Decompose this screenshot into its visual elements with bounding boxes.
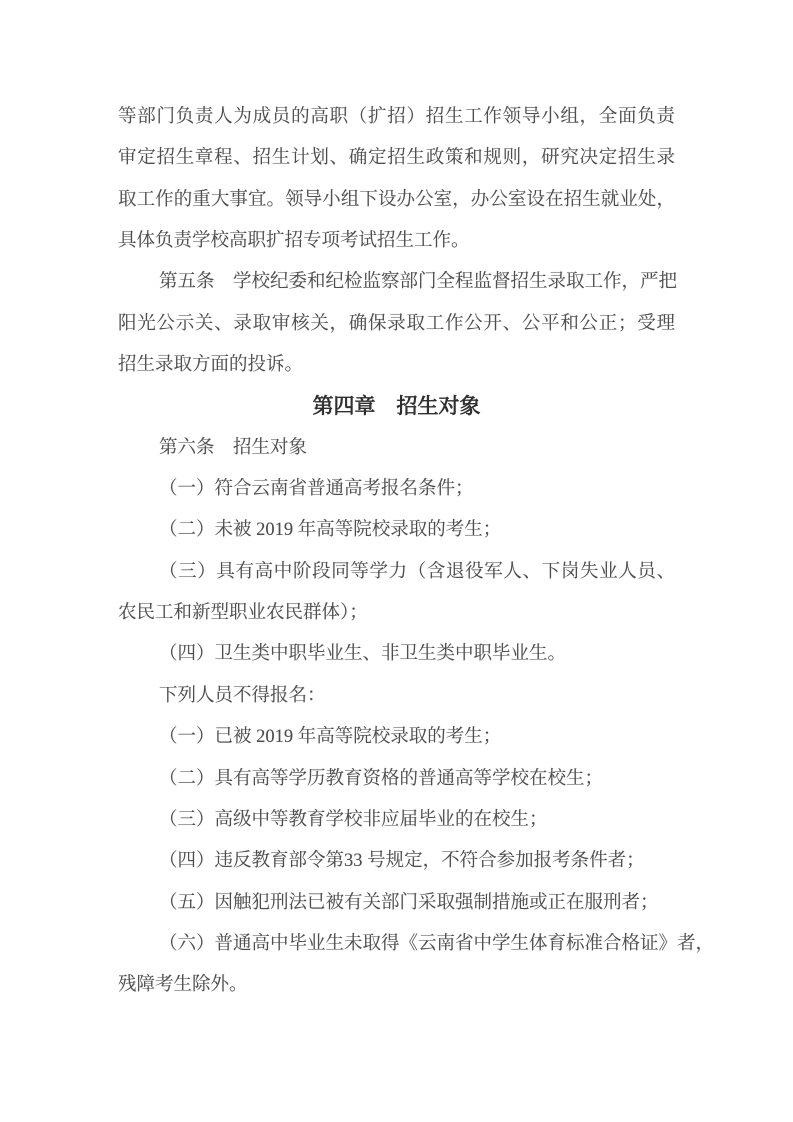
doc-line-18-item-3: （三）高级中等教育学校非应届毕业的在校生； <box>118 800 675 841</box>
doc-line-19-item-4: （四）违反教育部令第33 号规定，不符合参加报考条件者； <box>118 841 675 882</box>
doc-line-15-not-eligible: 下列人员不得报名： <box>118 676 675 717</box>
doc-line-13: 农民工和新型职业农民群体）； <box>118 593 675 634</box>
doc-line-14-item-4: （四）卫生类中职毕业生、非卫生类中职毕业生。 <box>118 634 675 675</box>
doc-line-7: 招生录取方面的投诉。 <box>118 345 675 386</box>
doc-line-6: 阳光公示关、录取审核关，确保录取工作公开、公平和公正；受理 <box>118 304 675 345</box>
doc-line-2: 审定招生章程、招生计划、确定招生政策和规则，研究决定招生录 <box>118 138 675 179</box>
doc-line-20-item-5: （五）因触犯刑法已被有关部门采取强制措施或正在服刑者； <box>118 883 675 924</box>
document-text-block: 等部门负责人为成员的高职（扩招）招生工作领导小组，全面负责 审定招生章程、招生计… <box>118 97 675 1007</box>
doc-line-10-item-1: （一）符合云南省普通高考报名条件； <box>118 469 675 510</box>
doc-line-11-item-2: （二）未被 2019 年高等院校录取的考生； <box>118 510 675 551</box>
doc-line-4: 具体负责学校高职扩招专项考试招生工作。 <box>118 221 675 262</box>
document-page: 等部门负责人为成员的高职（扩招）招生工作领导小组，全面负责 审定招生章程、招生计… <box>0 0 793 1122</box>
doc-line-16-item-1: （一）已被 2019 年高等院校录取的考生； <box>118 717 675 758</box>
doc-line-21-item-6: （六）普通高中毕业生未取得《云南省中学生体育标准合格证》者， <box>118 924 675 965</box>
doc-line-12-item-3: （三）具有高中阶段同等学力（含退役军人、下岗失业人员、 <box>118 552 675 593</box>
doc-line-1: 等部门负责人为成员的高职（扩招）招生工作领导小组，全面负责 <box>118 97 675 138</box>
chapter-heading: 第四章 招生对象 <box>118 386 675 427</box>
doc-line-9-article-6: 第六条 招生对象 <box>118 428 675 469</box>
doc-line-17-item-2: （二）具有高等学历教育资格的普通高等学校在校生； <box>118 759 675 800</box>
doc-line-3: 取工作的重大事宜。领导小组下设办公室，办公室设在招生就业处， <box>118 180 675 221</box>
doc-line-5-article-5: 第五条 学校纪委和纪检监察部门全程监督招生录取工作，严把 <box>118 262 675 303</box>
doc-line-22: 残障考生除外。 <box>118 965 675 1006</box>
